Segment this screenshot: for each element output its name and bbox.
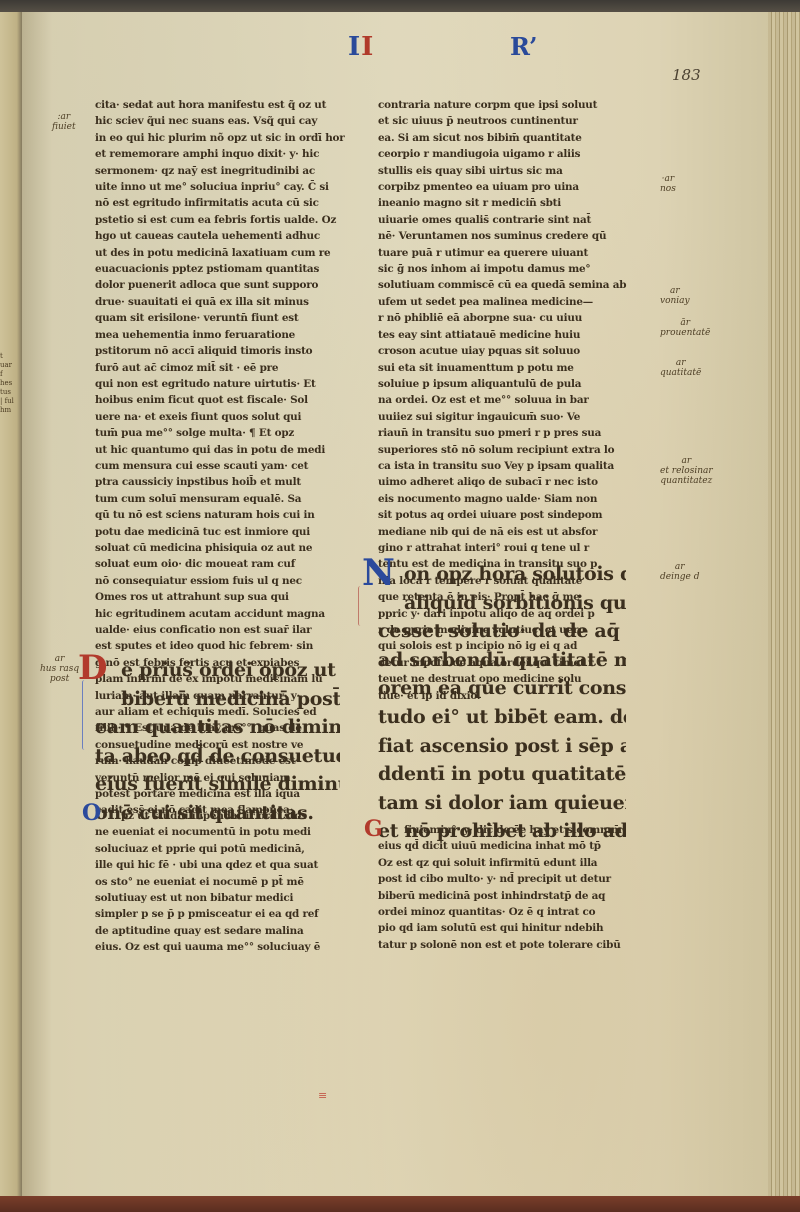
text-line: et sic uiuus p̄ neutroos cuntinentur (378, 113, 628, 129)
margin-gloss: ar deinge d (660, 562, 699, 582)
initial-flourish (82, 680, 87, 750)
margin-gloss: :ar fiuiet (52, 112, 76, 132)
text-line: soluat eum oio· dic moueat ram cuf (95, 556, 345, 572)
text-line: ta abeo qd̄ de consuetudine (95, 742, 340, 771)
text-line: tes eay sint attiatauē medicine huiu (378, 327, 628, 343)
text-line: uiuarie omes qualis̄ contrarie sint nat̄ (378, 212, 628, 228)
text-line: e prius̄ ordei opoz ut detū (95, 656, 340, 685)
text-line: nē· Veruntamen nos suminus credere qū (378, 228, 628, 244)
running-head-blue-stroke: I (348, 32, 361, 62)
text-line: nō est egritudo infirmitatis acuta cū … (95, 195, 345, 211)
text-line: qū tu nō est sciens naturam hois cui i… (95, 507, 345, 523)
text-line: cum mensura cui esse scauti yam· cet (95, 458, 345, 474)
text-line: ddentī in potu quatitatē ml (378, 760, 626, 789)
text-line: biberū medicinā post inhindrstatp̄ de … (378, 888, 628, 904)
text-line: pz ut studiū uipendatur ordi stos̄ (95, 808, 345, 824)
text-line: eius fuerit similē diminuti (95, 770, 340, 799)
decorated-initial-o: O (82, 800, 101, 826)
text-line: solutiuay est ut non bibatur medici (95, 890, 345, 906)
text-line: ufem ut sedet pea malinea medicine— (378, 294, 628, 310)
text-line: ualde· eius conficatio non est suar̄ ila… (95, 622, 345, 638)
text-line: soluat cū medicina phisiquia oz aut ne (95, 540, 345, 556)
right-column-large-text-block: on opz hora solutois det̄aliquid sorbiti… (378, 560, 626, 846)
text-line: drue· suauitati ei quā ex illa sit minu… (95, 294, 345, 310)
text-line: eius. Oz est qui uauma me°° soluciuay ē (95, 939, 345, 955)
text-line: gino r attrahat interi° roui q tene ul r (378, 540, 628, 556)
text-line: aliquid sorbitionis quousq̄ (378, 589, 626, 618)
text-line: pio qd iam solutū est qui hinitur ndebi… (378, 920, 628, 936)
text-line: superiores stō nō solum recipiunt extr… (378, 442, 628, 458)
text-line: ea. Si am sicut nos bibim̄ quantitate (378, 130, 628, 146)
text-line: tatur p solonē non est et pote tolerare… (378, 937, 628, 953)
text-line: eius qd̄ dicit uiuū medicina inhat mō … (378, 838, 628, 854)
text-line: tum̄ pua me°° solge multa· ¶ Et opz (95, 425, 345, 441)
text-line: post id cibo multo· y· nd̄ precipit ut d… (378, 871, 628, 887)
text-line: biberū medicinā post̄ bib (95, 685, 340, 714)
text-line: fiat ascensio post i sēp ad a (378, 732, 626, 761)
left-column-large-text-block: e prius̄ ordei opoz ut detūbiberū medi… (95, 656, 340, 828)
quire-mark: ≡ (318, 1093, 327, 1098)
text-line: quam sit erisilone· veruntn̄ fiunt est (95, 310, 345, 326)
text-line: r nō phibliē eā aborpne sua· cu uiuu (378, 310, 628, 326)
text-line: et rememorare amphi inquo dixit· y· hic (95, 146, 345, 162)
facing-page-edge: t uar f hes tus | ful hm (0, 12, 24, 1198)
text-line: stullis eis quay sibi uirtus sic ma (378, 163, 628, 179)
decorated-initial-n: N (362, 552, 395, 594)
text-line: ordei minoz quantitas· Oz ē q intrat co (378, 904, 628, 920)
margin-gloss: ar quatitatē (660, 358, 701, 378)
text-line: uimo adheret aliqo de subacī r nec isto (378, 474, 628, 490)
text-line: croson acutue uiay pquas sit soluuo (378, 343, 628, 359)
text-line: tam si dolor iam quieuerit. (378, 789, 626, 818)
text-line: ad sorbendū quatitatē min (378, 646, 626, 675)
margin-gloss: ·ar nos (660, 174, 676, 194)
text-line: furō aut ac̄ cimoz mit̄ sit · eē pre (95, 360, 345, 376)
text-line: fiuiemin°· y· dic̄ de ēe hay et sicommm… (378, 822, 628, 838)
text-line: corpibz pmenteo ea uiuam pro uina (378, 179, 628, 195)
text-line: tudo ei° ut bibēt eam. deinde (378, 703, 626, 732)
running-head-letter: R’ (510, 32, 537, 61)
text-line: ceorpio r mandiugoia uigamo r aliis (378, 146, 628, 162)
right-column-text-block-2: fiuiemin°· y· dic̄ de ēe hay et sicommm… (378, 822, 628, 953)
text-line: sic ḡ nos inhom ai impotu damus me° (378, 261, 628, 277)
text-line: soluiue p ipsum aliquantulū de pula (378, 376, 628, 392)
margin-gloss: ar et relosinar quantitatez (660, 456, 713, 486)
text-line: on opz hora solutois det̄ (378, 560, 626, 589)
text-line: hic egritudinem acutam accidunt magna (95, 606, 345, 622)
text-line: cesset solutio· da de aq̄ ordei (378, 617, 626, 646)
facing-page-text-fragment: t uar f hes tus | ful hm (0, 352, 22, 415)
text-line: orem ea que currit consue (378, 674, 626, 703)
text-line: uere na· et exeis fiunt quos solut qui (95, 409, 345, 425)
text-line: os sto° ne eueniat ei nocumē p pt̄ mē (95, 874, 345, 890)
text-line: tuare puā r utimur ea querere uiuant (378, 245, 628, 261)
text-line: ca ista in transitu suo Vey p ipsam qual… (378, 458, 628, 474)
text-line: hoibus enim ficut quot est fiscale· Sol (95, 392, 345, 408)
text-line: dolor puenerit adloca que sunt supporo (95, 277, 345, 293)
text-line: contraria nature corpm que ipsi soluut (378, 97, 628, 113)
text-line: eam quantitas nō diminu (95, 713, 340, 742)
text-line: qui non est egritudo nature uirtutis· Et (95, 376, 345, 392)
text-line: eis nocumento magno ualde· Siam non (378, 491, 628, 507)
text-line: soluciuaz et pprie qui potū medicinā, (95, 841, 345, 857)
text-line: uuiiez sui sigitur ingauicum̄ suo· Ve (378, 409, 628, 425)
left-column-text-block-2: pz ut studiū uipendatur ordi stos̄ne eu… (95, 808, 345, 956)
text-line: solutiuam commiscē cū ea quedā semina… (378, 277, 628, 293)
text-line: na ordei. Oz est et me°° soluua in bar (378, 392, 628, 408)
text-line: nō consequiatur essiom fuis ul q nec (95, 573, 345, 589)
text-line: ineanio magno sit r medicin̄ sbti (378, 195, 628, 211)
text-line: ne eueniat ei nocumentū in potu medi (95, 824, 345, 840)
text-line: potu dae medicinā tuc est inmiore qui (95, 524, 345, 540)
text-line: simpler p se p̄ p pmisceatur ei ea qd re… (95, 906, 345, 922)
text-line: ut des in potu medicinā laxatiuam cum r… (95, 245, 345, 261)
text-line: tum cum soluī mensuram equalē. Sa (95, 491, 345, 507)
text-line: mea uehementia inmo feruaratione (95, 327, 345, 343)
text-line: cita· sedat aut hora manifestu est q̃ oz… (95, 97, 345, 113)
decorated-initial-g: G (364, 816, 383, 842)
text-line: de aptitudine quay est sedare malina (95, 923, 345, 939)
text-line: ptra caussiciy inpstibus hoib̄ et mult (95, 474, 345, 490)
text-line: sui eta sit inuamenttum p potu me (378, 360, 628, 376)
text-line: hgo ut caueas cautela uehementi adhuc (95, 228, 345, 244)
margin-gloss: ar voniay (660, 286, 690, 306)
text-line: sit potus aq ordei uiuare post sindepom (378, 507, 628, 523)
margin-gloss: ar hus rasq post (40, 654, 79, 684)
text-line: riaun̄ in transitu suo pmeri r p pres su… (378, 425, 628, 441)
text-line: ille qui hic fē · ubi una qdez et qua s… (95, 857, 345, 873)
text-line: Omes ros ut attrahunt sup sua qui (95, 589, 345, 605)
text-line: sermonem· qz naȳ est inegritudinibi ac (95, 163, 345, 179)
page-edges-stack (768, 12, 800, 1200)
text-line: pstitorum nō accī aliquid timoris inst… (95, 343, 345, 359)
bottom-binding-edge (0, 1196, 800, 1212)
running-head-numeral: II (348, 32, 374, 62)
text-line: hic sciev q̃ui nec suans eas. Vsq̃ qui c… (95, 113, 345, 129)
text-line: in eo qui hic plurim nõ opz ut sic in o… (95, 130, 345, 146)
running-head-red-stroke: I (361, 32, 374, 62)
initial-flourish (358, 586, 363, 626)
margin-gloss: ār prouentatē (660, 318, 710, 338)
text-line: uite inno ut me° soluciua inpriu° cay. C… (95, 179, 345, 195)
text-line: Oz est qz qui soluit infirmitū edunt il… (378, 855, 628, 871)
text-line: mediane nib qui de nā eis est ut absfor (378, 524, 628, 540)
text-line: pstetio si est cum ea febris fortis uald… (95, 212, 345, 228)
text-line: ut hic quantumo qui das in potu de medi (95, 442, 345, 458)
text-line: euacuacionis pptez pstiomam quantitas (95, 261, 345, 277)
text-line: est sputes et ideo quod hic febrem· sin (95, 638, 345, 654)
folio-number: 183 (672, 66, 701, 84)
